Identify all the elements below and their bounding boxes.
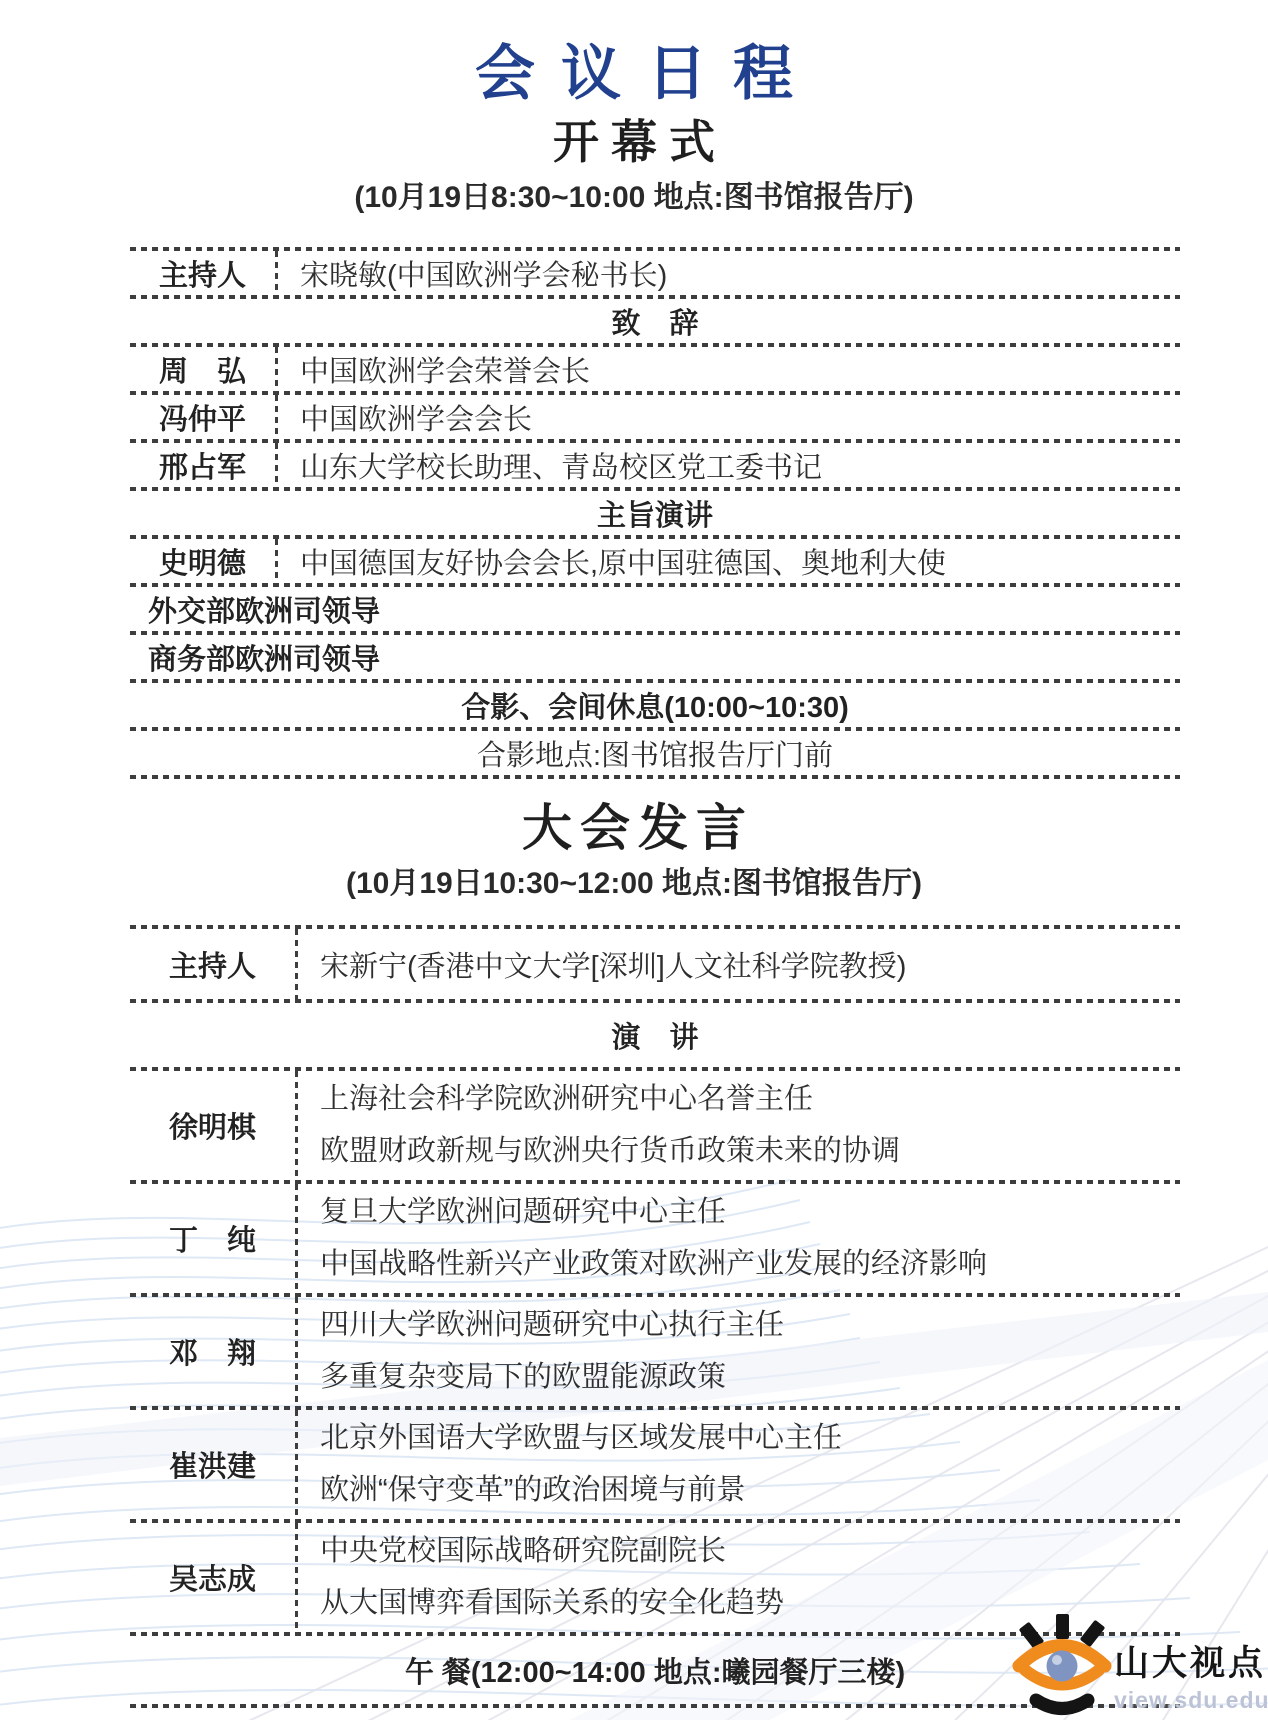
- speaker-name: 崔洪建: [130, 1444, 295, 1485]
- opening-time-location: (10月19日8:30~10:00 地点:图书馆报告厅): [0, 172, 1268, 216]
- speaker-name: 丁 纯: [130, 1218, 295, 1259]
- plenary-session-heading: 大会发言: [0, 788, 1268, 860]
- dashed-divider: [130, 775, 1180, 779]
- content-line: 中央党校国际战略研究院副院长: [320, 1526, 1180, 1578]
- content-line: 复旦大学欧洲问题研究中心主任: [320, 1187, 1180, 1239]
- content-line: 欧盟财政新规与欧洲央行货币政策未来的协调: [320, 1126, 1180, 1178]
- schedule-note: 合影、会间休息(10:00~10:30): [130, 685, 1180, 726]
- speaker-affiliation-topic: 上海社会科学院欧洲研究中心名誉主任欧盟财政新规与欧洲央行货币政策未来的协调: [298, 1074, 1180, 1177]
- agenda-row: 外交部欧洲司领导: [130, 587, 1180, 631]
- plenary-time-location: (10月19日10:30~12:00 地点:图书馆报告厅): [0, 858, 1268, 902]
- agenda-row: 史明德中国德国友好协会会长,原中国驻德国、奥地利大使: [130, 539, 1180, 583]
- agenda-row: 主旨演讲: [130, 491, 1180, 535]
- agenda-row: 合影、会间休息(10:00~10:30): [130, 683, 1180, 727]
- section-label: 演 讲: [130, 1015, 1180, 1056]
- row-content: 中国德国友好协会会长,原中国驻德国、奥地利大使: [278, 541, 1180, 582]
- delegation-label: 外交部欧洲司领导: [130, 589, 1180, 630]
- plenary-agenda-table: 主持人宋新宁(香港中文大学[深圳]人文社科学院教授)演 讲徐明棋上海社会科学院欧…: [130, 925, 1180, 1708]
- speaker-name: 主持人: [130, 944, 295, 985]
- agenda-row: 合影地点:图书馆报告厅门前: [130, 731, 1180, 775]
- page-title: 会议日程: [0, 26, 1268, 112]
- content-line: 欧洲“保守变革”的政治困境与前景: [320, 1465, 1180, 1517]
- speaker-name: 邓 翔: [130, 1331, 295, 1372]
- content-line: 四川大学欧洲问题研究中心执行主任: [320, 1300, 1180, 1352]
- speaker-name: 邢占军: [130, 445, 275, 486]
- speaker-affiliation-topic: 四川大学欧洲问题研究中心执行主任多重复杂变局下的欧盟能源政策: [298, 1300, 1180, 1403]
- sdu-viewpoint-logo: 山大视点 view.sdu.edu.cn: [1012, 1598, 1268, 1716]
- agenda-row: 崔洪建北京外国语大学欧盟与区域发展中心主任欧洲“保守变革”的政治困境与前景: [130, 1410, 1180, 1519]
- row-content: 宋新宁(香港中文大学[深圳]人文社科学院教授): [298, 944, 1180, 985]
- agenda-row: 致 辞: [130, 299, 1180, 343]
- speaker-affiliation-topic: 复旦大学欧洲问题研究中心主任中国战略性新兴产业政策对欧洲产业发展的经济影响: [298, 1187, 1180, 1290]
- agenda-row: 丁 纯复旦大学欧洲问题研究中心主任中国战略性新兴产业政策对欧洲产业发展的经济影响: [130, 1184, 1180, 1293]
- speaker-affiliation-topic: 北京外国语大学欧盟与区域发展中心主任欧洲“保守变革”的政治困境与前景: [298, 1413, 1180, 1516]
- speaker-name: 吴志成: [130, 1557, 295, 1598]
- logo-site-name: 山大视点: [1114, 1636, 1268, 1686]
- content-line: 多重复杂变局下的欧盟能源政策: [320, 1352, 1180, 1404]
- agenda-row: 周 弘中国欧洲学会荣誉会长: [130, 347, 1180, 391]
- speaker-name: 冯仲平: [130, 397, 275, 438]
- schedule-note: 合影地点:图书馆报告厅门前: [130, 733, 1180, 774]
- row-content: 中国欧洲学会荣誉会长: [278, 349, 1180, 390]
- opening-ceremony-heading: 开幕式: [0, 106, 1268, 172]
- agenda-row: 商务部欧洲司领导: [130, 635, 1180, 679]
- speaker-name: 史明德: [130, 541, 275, 582]
- agenda-row: 冯仲平中国欧洲学会会长: [130, 395, 1180, 439]
- section-label: 主旨演讲: [130, 493, 1180, 534]
- agenda-row: 邢占军山东大学校长助理、青岛校区党工委书记: [130, 443, 1180, 487]
- row-content: 山东大学校长助理、青岛校区党工委书记: [278, 445, 1180, 486]
- section-label: 致 辞: [130, 301, 1180, 342]
- agenda-row: 邓 翔四川大学欧洲问题研究中心执行主任多重复杂变局下的欧盟能源政策: [130, 1297, 1180, 1406]
- row-content: 宋晓敏(中国欧洲学会秘书长): [278, 253, 1180, 294]
- row-content: 中国欧洲学会会长: [278, 397, 1180, 438]
- agenda-row: 演 讲: [130, 1003, 1180, 1067]
- delegation-label: 商务部欧洲司领导: [130, 637, 1180, 678]
- agenda-row: 徐明棋上海社会科学院欧洲研究中心名誉主任欧盟财政新规与欧洲央行货币政策未来的协调: [130, 1071, 1180, 1180]
- content-line: 北京外国语大学欧盟与区域发展中心主任: [320, 1413, 1180, 1465]
- speaker-name: 周 弘: [130, 349, 275, 390]
- agenda-row: 主持人宋新宁(香港中文大学[深圳]人文社科学院教授): [130, 929, 1180, 999]
- opening-agenda-table: 主持人宋晓敏(中国欧洲学会秘书长)致 辞周 弘中国欧洲学会荣誉会长冯仲平中国欧洲…: [130, 247, 1180, 779]
- content-line: 中国战略性新兴产业政策对欧洲产业发展的经济影响: [320, 1239, 1180, 1291]
- logo-site-url: view.sdu.edu.cn: [1114, 1687, 1268, 1714]
- content-line: 上海社会科学院欧洲研究中心名誉主任: [320, 1074, 1180, 1126]
- eye-logo-icon: [1012, 1612, 1112, 1716]
- speaker-name: 主持人: [130, 253, 275, 294]
- agenda-row: 主持人宋晓敏(中国欧洲学会秘书长): [130, 251, 1180, 295]
- speaker-name: 徐明棋: [130, 1105, 295, 1146]
